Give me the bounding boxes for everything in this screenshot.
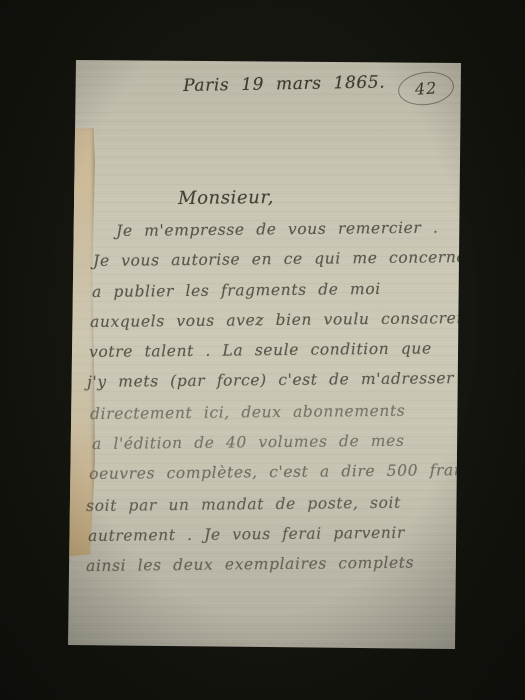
paper-edge-shading bbox=[0, 0, 525, 700]
photo-backdrop: Paris 19 mars 1865. 42 Monsieur, Je m'em… bbox=[0, 0, 525, 700]
letter-paper: Paris 19 mars 1865. 42 Monsieur, Je m'em… bbox=[0, 0, 525, 700]
